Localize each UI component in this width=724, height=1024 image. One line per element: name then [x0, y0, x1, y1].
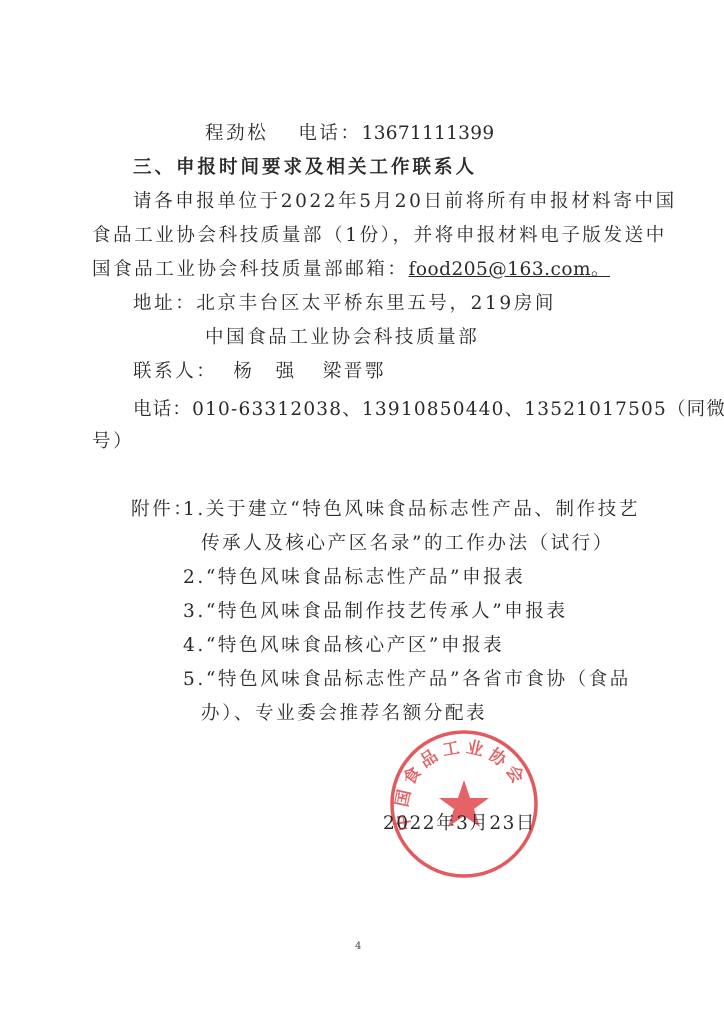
contact-name-2: 梁晋鄂 [323, 361, 386, 382]
paragraph-line-2: 食品工业协会科技质量部（1份），并将申报材料电子版发送中 [92, 224, 667, 248]
contact-top: 程劲松电话：13671111399 [205, 122, 494, 146]
attachment-num: 3. [183, 601, 206, 622]
contact-top-name: 程劲松 [205, 123, 268, 144]
attachment-num: 4. [183, 635, 206, 656]
attachment-text: “特色风味食品制作技艺传承人”申报表 [206, 601, 568, 622]
section-heading: 三、申报时间要求及相关工作联系人 [133, 156, 477, 180]
email-link[interactable]: food205@163.com。 [409, 259, 611, 280]
attachment-item-5-cont: 办）、专业委会推荐名额分配表 [201, 702, 487, 726]
attachment-item-1: 1.关于建立“特色风味食品标志性产品、制作技艺 [183, 498, 640, 522]
attachment-item-1-cont: 传承人及核心产区名录”的工作办法（试行） [201, 532, 614, 556]
contact-top-phone-label: 电话： [298, 123, 361, 144]
phones-value: 010-63312038、13910850440、13521017505（同微信 [192, 399, 724, 420]
address-value: 北京丰台区太平桥东里五号，219房间 [196, 293, 556, 314]
attachment-item-4: 4.“特色风味食品核心产区”申报表 [183, 634, 504, 658]
official-seal-icon: 中国食品工业协会 [388, 728, 540, 880]
attachment-text: “特色风味食品标志性产品”各省市食协（食品 [206, 669, 631, 690]
attachment-item-3: 3.“特色风味食品制作技艺传承人”申报表 [183, 600, 568, 624]
page-number: 4 [355, 941, 361, 952]
phones-label: 电话： [133, 399, 192, 420]
attachment-num: 1. [183, 499, 206, 520]
attachment-text: 关于建立“特色风味食品标志性产品、制作技艺 [206, 499, 640, 520]
paragraph-line-3: 国食品工业协会科技质量部邮箱：food205@163.com。 [92, 258, 610, 282]
email-label: 国食品工业协会科技质量部邮箱： [92, 259, 409, 280]
contacts-line: 联系人：杨 强梁晋鄂 [133, 360, 386, 384]
attachment-item-2: 2.“特色风味食品标志性产品”申报表 [183, 566, 525, 590]
contact-name-1: 杨 强 [233, 361, 296, 382]
document-date: 2022年3月23日 [383, 812, 536, 836]
phones-line-1: 电话：010-63312038、13910850440、13521017505（… [133, 398, 724, 422]
paragraph-line-1: 请各申报单位于2022年5月20日前将所有申报材料寄中国 [133, 190, 677, 214]
contacts-label: 联系人： [133, 361, 217, 382]
attachment-text: “特色风味食品标志性产品”申报表 [206, 567, 526, 588]
address-label: 地址： [133, 293, 196, 314]
address-line-2: 中国食品工业协会科技质量部 [205, 326, 479, 350]
contact-top-phone: 13671111399 [362, 123, 495, 144]
attachment-num: 2. [183, 567, 206, 588]
attachment-text: “特色风味食品核心产区”申报表 [206, 635, 504, 656]
phones-line-2: 号） [92, 430, 134, 454]
attachment-item-5: 5.“特色风味食品标志性产品”各省市食协（食品 [183, 668, 631, 692]
attachment-num: 5. [183, 669, 206, 690]
address-line-1: 地址：北京丰台区太平桥东里五号，219房间 [133, 292, 556, 316]
